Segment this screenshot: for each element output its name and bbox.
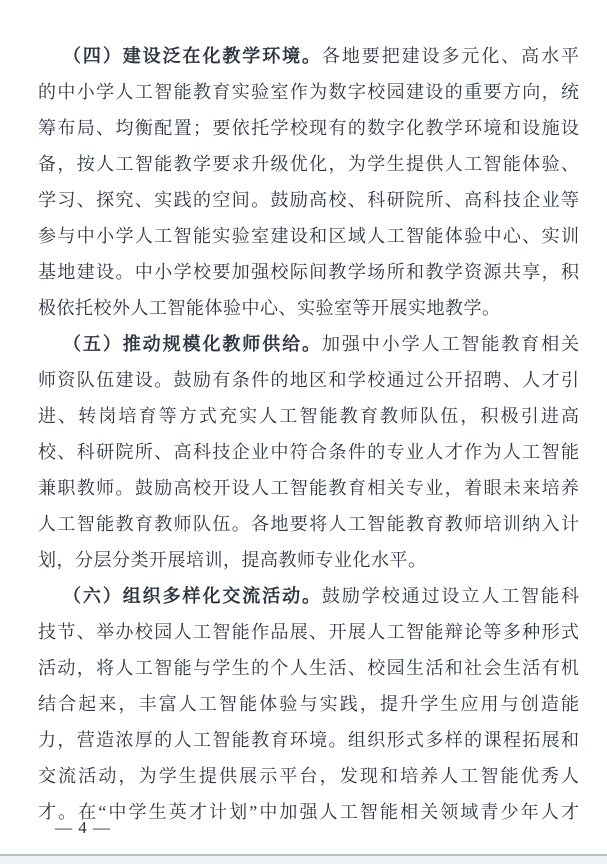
- text-line: （五）推动规模化教师供给。加强中小学人工智能教育相关: [38, 326, 579, 362]
- text-line: 才。在“中学生英才计划”中加强人工智能相关领域青少年人才: [38, 794, 579, 830]
- text-line: 力，营造浓厚的人工智能教育环境。组织形式多样的课程拓展和: [38, 722, 579, 758]
- paragraph: （四）建设泛在化教学环境。各地要把建设多元化、高水平的中小学人工智能教育实验室作…: [38, 38, 579, 326]
- scanned-document-page: （四）建设泛在化教学环境。各地要把建设多元化、高水平的中小学人工智能教育实验室作…: [0, 0, 607, 864]
- paragraph-lead-in: （六）组织多样化交流活动。: [63, 586, 322, 606]
- paragraph: （六）组织多样化交流活动。鼓励学校通过设立人工智能科技节、举办校园人工智能作品展…: [38, 578, 579, 830]
- document-body: （四）建设泛在化教学环境。各地要把建设多元化、高水平的中小学人工智能教育实验室作…: [38, 38, 579, 830]
- text-line: 极依托校外人工智能体验中心、实验室等开展实地教学。: [38, 290, 579, 326]
- text-line: 参与中小学人工智能实验室建设和区域人工智能体验中心、实训: [38, 218, 579, 254]
- text-line: 筹布局、均衡配置；要依托学校现有的数字化教学环境和设施设: [38, 110, 579, 146]
- text-line: （四）建设泛在化教学环境。各地要把建设多元化、高水平: [38, 38, 579, 74]
- text-line: 校、科研院所、高科技企业中符合条件的专业人才作为人工智能: [38, 434, 579, 470]
- page-number: — 4 —: [55, 818, 111, 838]
- text-line: 活动，将人工智能与学生的个人生活、校园生活和社会生活有机: [38, 650, 579, 686]
- text-line: 划，分层分类开展培训，提高教师专业化水平。: [38, 542, 579, 578]
- text-line: 技节、举办校园人工智能作品展、开展人工智能辩论等多种形式: [38, 614, 579, 650]
- scan-edge-strip: [0, 856, 607, 864]
- text-line: 基地建设。中小学校要加强校际间教学场所和教学资源共享，积: [38, 254, 579, 290]
- text-line: 备，按人工智能教学要求升级优化，为学生提供人工智能体验、: [38, 146, 579, 182]
- paragraph-lead-in: （四）建设泛在化教学环境。: [63, 46, 322, 66]
- text-line: 人工智能教育教师队伍。各地要将人工智能教育教师培训纳入计: [38, 506, 579, 542]
- paragraph: （五）推动规模化教师供给。加强中小学人工智能教育相关师资队伍建设。鼓励有条件的地…: [38, 326, 579, 578]
- text-line: 兼职教师。鼓励高校开设人工智能教育相关专业，着眼未来培养: [38, 470, 579, 506]
- text-line: 师资队伍建设。鼓励有条件的地区和学校通过公开招聘、人才引: [38, 362, 579, 398]
- text-line: 进、转岗培育等方式充实人工智能教育教师队伍，积极引进高: [38, 398, 579, 434]
- paragraph-lead-in: （五）推动规模化教师供给。: [63, 334, 322, 354]
- text-line: 的中小学人工智能教育实验室作为数字校园建设的重要方向，统: [38, 74, 579, 110]
- text-line: 交流活动，为学生提供展示平台，发现和培养人工智能优秀人: [38, 758, 579, 794]
- text-line: （六）组织多样化交流活动。鼓励学校通过设立人工智能科: [38, 578, 579, 614]
- text-line: 学习、探究、实践的空间。鼓励高校、科研院所、高科技企业等: [38, 182, 579, 218]
- text-line: 结合起来，丰富人工智能体验与实践，提升学生应用与创造能: [38, 686, 579, 722]
